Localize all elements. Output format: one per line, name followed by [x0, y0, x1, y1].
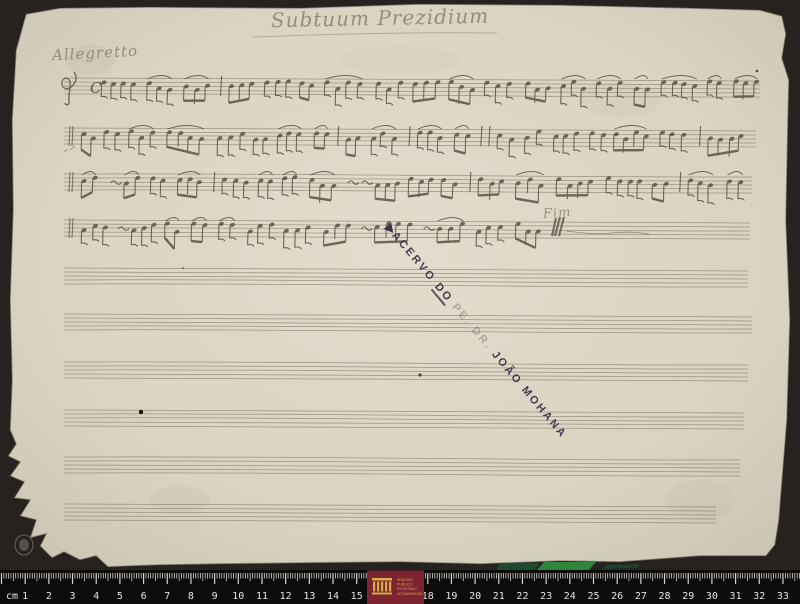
- ruler-number: 1: [22, 591, 28, 602]
- ruler-number: 7: [164, 591, 170, 602]
- scanned-manuscript-scene: Ccm1234567891011121314151617181920212223…: [0, 0, 800, 604]
- ruler-number: 8: [188, 591, 194, 602]
- ruler-number: 21: [493, 591, 505, 602]
- archive-badge: ARQUIVOPÚBLICODO ESTADODO MARANHÃO: [367, 571, 424, 604]
- ruler-number: 11: [256, 591, 268, 602]
- ruler-number: 3: [70, 591, 76, 602]
- ruler-number: 4: [93, 591, 99, 602]
- ruler-number: 33: [777, 591, 789, 602]
- badge-text-line: ARQUIVO: [397, 578, 413, 582]
- ruler-number: 15: [351, 591, 363, 602]
- ruler-number: 32: [753, 591, 765, 602]
- ruler-number: 24: [564, 591, 576, 602]
- ruler-number: 27: [635, 591, 647, 602]
- ruler-number: 10: [232, 591, 244, 602]
- ruler-number: 25: [587, 591, 599, 602]
- end-marking: Fim: [543, 205, 572, 222]
- ruler-number: 14: [327, 591, 339, 602]
- ruler-unit-label: cm: [6, 591, 18, 602]
- ruler-number: 29: [682, 591, 694, 602]
- ruler-number: 26: [611, 591, 623, 602]
- ruler-number: 2: [46, 591, 52, 602]
- ruler-number: 19: [445, 591, 457, 602]
- badge-text-line: PÚBLICO: [397, 582, 412, 587]
- badge-text-line: DO MARANHÃO: [397, 591, 423, 596]
- time-signature: C: [90, 79, 102, 97]
- ruler-number: 6: [141, 591, 147, 602]
- ruler-number: 13: [303, 591, 315, 602]
- ruler-number: 28: [659, 591, 671, 602]
- ruler-number: 9: [212, 591, 218, 602]
- ruler-number: 23: [540, 591, 552, 602]
- badge-text-line: DO ESTADO: [397, 587, 417, 591]
- ruler-number: 30: [706, 591, 718, 602]
- ruler-number: 12: [280, 591, 292, 602]
- ruler-number: 22: [516, 591, 528, 602]
- manuscript-scan-canvas: Ccm1234567891011121314151617181920212223…: [0, 0, 800, 604]
- ruler-number: 20: [469, 591, 481, 602]
- ruler-number: 5: [117, 591, 123, 602]
- ruler-number: 31: [730, 591, 742, 602]
